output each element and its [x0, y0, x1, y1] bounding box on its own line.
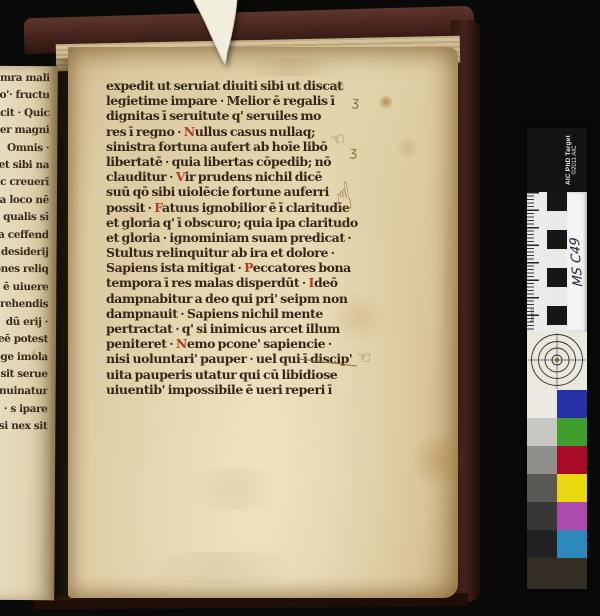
verso-text-line: onuinatur — [0, 383, 48, 401]
foxing-stain — [228, 58, 353, 76]
verso-text-line: mic creuerī — [0, 174, 49, 192]
grayscale-patch-1 — [527, 390, 557, 418]
verso-text-line: · dū erij — [0, 313, 48, 331]
text-segment: suū qō sibi uiolēcie fortune auferri — [106, 184, 329, 199]
manuscript-text-line: dampnabitur a deo qui pri' seipm non — [106, 291, 408, 306]
verso-text-line: eē potest — [0, 331, 48, 349]
target-bottom-patch — [527, 558, 587, 589]
verso-text-line: ō sit serue — [0, 366, 48, 384]
manuscript-text-line: legietime impare · Melior ē regalis ī — [106, 93, 408, 108]
color-patch-4 — [557, 474, 587, 502]
verso-text-line: amra mali — [0, 70, 50, 88]
manuscript-text-line: suū qō sibi uiolēcie fortune auferri — [106, 184, 408, 199]
text-segment: eccatores bona — [253, 260, 351, 275]
bullseye-icon — [527, 332, 587, 390]
text-segment: legietime impare · Melior ē regalis ī — [106, 93, 335, 108]
text-segment: res ī regno · — [106, 124, 184, 139]
shelfmark-text: MS C49 — [568, 237, 587, 287]
verso-text-line: o'· fructu — [0, 87, 50, 105]
manuscript-text-line: expedit ut seruiat diuiti sibi ut discat — [106, 78, 408, 93]
text-segment: uita pauperis utatur qui cū libidiose — [106, 367, 337, 382]
text-segment: ullus casus nullaq; — [195, 124, 315, 139]
text-segment: atuus ignobilior ē ī claritudīe — [162, 200, 349, 215]
verso-text-line: c et sibi na — [0, 157, 49, 175]
color-patch-1 — [557, 390, 587, 418]
manuscript-text-line: Sapiens ista mitigat · Peccatores bona — [106, 260, 408, 275]
shelfmark-label-strip: MS C49 — [567, 192, 587, 332]
text-segment: nisi uoluntari' pauper · uel qui ī disci… — [106, 351, 352, 366]
rubricated-initial: N — [184, 124, 195, 139]
verso-text-line: ā desiderij — [0, 244, 49, 262]
foxing-stain — [178, 468, 293, 510]
verso-text-line: ā si nex sit — [0, 418, 47, 436]
text-segment: Sapiens ista mitigat · — [106, 260, 244, 275]
ruler-metric-label: Metric — [530, 308, 536, 322]
ruler-checkerboard — [547, 192, 567, 332]
manuscript-photo: amra malio'· fructun facit · Quicrcier m… — [0, 0, 600, 616]
manuscript-text-line: Stultus relinquitur ab ira et dolore · — [106, 245, 408, 260]
verso-text-fragments: amra malio'· fructun facit · Quicrcier m… — [0, 70, 50, 590]
grayscale-patch-5 — [527, 502, 557, 530]
target-ruler-section: Metric MS C49 — [527, 192, 587, 332]
grayscale-patch-2 — [527, 418, 557, 446]
manuscript-text-line: res ī regno · Nullus casus nullaq; — [106, 124, 408, 139]
color-patch-5 — [557, 502, 587, 530]
verso-text-line: s ipare · — [0, 401, 48, 419]
text-segment: uiuentib' impossibile ē ueri reperi ī — [106, 382, 332, 397]
rubricated-initial: F — [154, 200, 162, 215]
grayscale-patch-6 — [527, 530, 557, 558]
verso-text-line: reprehendis — [0, 296, 48, 314]
grayscale-patch-3 — [527, 446, 557, 474]
manuscript-text-line: uita pauperis utatur qui cū libidiose — [106, 367, 408, 382]
text-segment: possit · — [106, 200, 154, 215]
manuscript-text-line: tempora ī res malas disperdūt · Ideō — [106, 275, 408, 290]
text-segment: et gloria q' ī obscuro; quia ipa claritu… — [106, 215, 358, 230]
foxing-stain — [413, 428, 463, 492]
manicule-flourish-icon: ʒ — [351, 96, 360, 110]
verso-text-line: ones reliq' — [0, 261, 48, 279]
text-segment: dampnabitur a deo qui pri' seipm non — [106, 291, 347, 306]
text-segment: tempora ī res malas disperdūt · — [106, 275, 309, 290]
target-header: AIC PhD Target ©2011 AIC — [527, 128, 587, 192]
verso-text-line: na ceffend' — [0, 226, 49, 244]
verso-text-line: ō qualis sī — [0, 209, 49, 227]
manicule-flourish-icon: ʒ — [350, 146, 358, 159]
manuscript-text-line: clauditur · Vir prudens nichil dicē — [106, 169, 408, 184]
text-segment: deō — [314, 275, 338, 290]
aic-phd-target: AIC PhD Target ©2011 AIC Metric MS C49 — [527, 128, 587, 589]
text-segment: ir prudens nichil dicē — [185, 169, 322, 184]
target-color-patches — [527, 390, 587, 558]
color-patch-3 — [557, 446, 587, 474]
text-segment: libertatē · quia libertas cōpedib; nō — [106, 154, 331, 169]
manuscript-text-line: dampnauit · Sapiens nichil mente — [106, 306, 408, 321]
verso-text-line: rcier magni — [0, 122, 49, 140]
manuscript-text-line: sinistra fortuna aufert ab hoīe libō — [106, 139, 408, 154]
rubricated-initial: V — [176, 169, 185, 184]
manuscript-text-line: et gloria · ignominiam suam predicat · — [106, 230, 408, 245]
page-pointer-blade — [186, 0, 240, 70]
grayscale-patch-4 — [527, 474, 557, 502]
color-patch-6 — [557, 530, 587, 558]
text-segment: dignitas ī seruitute q' seruiles mo — [106, 108, 321, 123]
text-segment: dampnauit · Sapiens nichil mente — [106, 306, 323, 321]
foxing-stain — [118, 552, 323, 584]
text-segment: peniteret · — [106, 336, 176, 351]
manuscript-text-line: libertatē · quia libertas cōpedib; nō — [106, 154, 408, 169]
manuscript-text-line: dignitas ī seruitute q' seruiles mo — [106, 108, 408, 123]
text-segment: pertractat · q' si inimicus arcet illum — [106, 321, 340, 336]
rubricated-initial: P — [244, 260, 253, 275]
verso-text-line: qua loco nē — [0, 192, 49, 210]
text-segment: Stultus relinquitur ab ira et dolore · — [106, 245, 335, 260]
rubricated-initial: N — [176, 336, 187, 351]
target-bullseye — [527, 332, 587, 390]
text-segment: emo pcone' sapiencie · — [187, 336, 332, 351]
manuscript-text-line: pertractat · q' si inimicus arcet illum — [106, 321, 408, 336]
verso-text-line: · Omnis — [0, 139, 49, 157]
verso-text-line: n facit · Quic — [0, 105, 50, 123]
manuscript-text-line: possit · Fatuus ignobilior ē ī claritudī… — [106, 200, 408, 215]
color-patch-2 — [557, 418, 587, 446]
ruler-ticks: Metric — [527, 192, 547, 332]
target-copyright: ©2011 AIC — [572, 146, 578, 175]
pointer-blade-icon — [186, 0, 240, 70]
text-segment: expedit ut seruiat diuiti sibi ut discat — [106, 78, 342, 93]
manuscript-text-line: et gloria q' ī obscuro; quia ipa claritu… — [106, 215, 408, 230]
verso-text-line: cē ē uiuere — [0, 279, 48, 297]
manicule-hand-icon: ☜ — [355, 349, 372, 368]
target-title: AIC PhD Target — [565, 135, 572, 185]
target-header-text: AIC PhD Target ©2011 AIC — [541, 130, 587, 190]
manicule-hand-icon: ☜ — [329, 131, 346, 150]
text-segment: sinistra fortuna aufert ab hoīe libō — [106, 139, 327, 154]
text-segment: et gloria · ignominiam suam predicat · — [106, 230, 351, 245]
manuscript-text-line: uiuentib' impossibile ē ueri reperi ī — [106, 382, 408, 397]
text-segment: clauditur · — [106, 169, 176, 184]
manicule-hand-icon: ☜ — [329, 79, 347, 98]
